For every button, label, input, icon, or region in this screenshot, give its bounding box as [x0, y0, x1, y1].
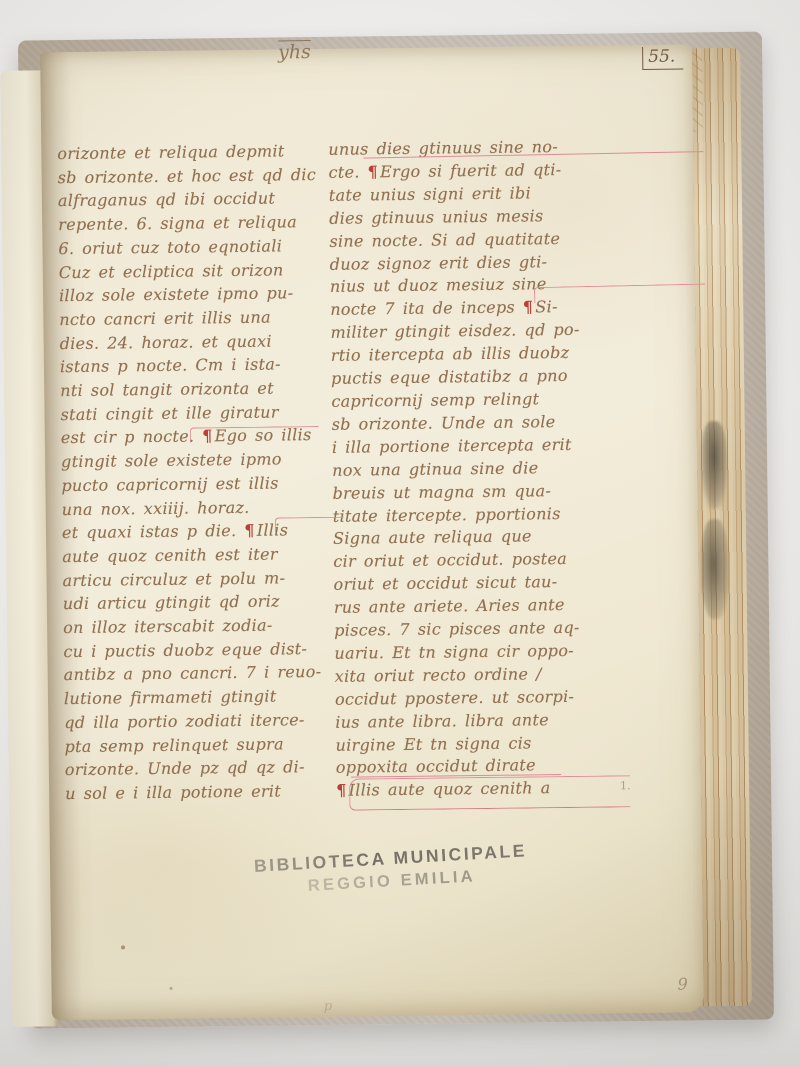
manuscript-text-line: capricornij semp relingt	[331, 388, 580, 414]
manuscript-text-line: uirgine Et tn signa cis	[335, 731, 584, 757]
manuscript-text-line: sb orizonte. et hoc est qd dic	[57, 163, 316, 190]
manuscript-text-line: oppoxita occidut dirate	[336, 754, 585, 780]
rubric-pilcrow: ¶	[336, 781, 347, 800]
manuscript-text-line: stati cingit et ille giratur	[60, 400, 319, 427]
manuscript-text-line: rtio itercepta ab illis duobz	[331, 342, 580, 368]
manuscript-text-line: alfraganus qd ibi occidut	[58, 186, 317, 213]
manuscript-text-line: qd illa portio zodiati iterce-	[64, 708, 323, 735]
library-stamp: BIBLIOTECA MUNICIPALE REGGIO EMILIA	[197, 837, 585, 902]
manuscript-text-line: dies. 24. horaz. et quaxi	[60, 329, 319, 356]
manuscript-text-line: i illa portione itercepta erit	[332, 434, 581, 460]
foxing-spot	[121, 945, 125, 949]
manuscript-text-line: cu i puctis duobz eque dist-	[63, 637, 322, 664]
manuscript-text-line: uariu. Et tn signa cir oppo-	[334, 640, 583, 666]
manuscript-text-line: oriut et occidut sicut tau-	[333, 571, 582, 597]
manuscript-text-line: gtingit sole existete ipmo	[61, 447, 320, 474]
bottom-faint-mark: p	[324, 999, 333, 1014]
folio-number: 55.	[642, 47, 683, 70]
manuscript-text-line: nox una gtinua sine die	[332, 456, 581, 482]
manuscript-text-line: titate itercepte. pportionis	[333, 502, 582, 528]
manuscript-text-line: est cir p nocte. ¶Ego so illis	[61, 423, 320, 450]
manuscript-text-line: u sol e i illa potione erit	[65, 779, 324, 806]
photo-backdrop: { "page": { "header_monogram": "yhs", "f…	[0, 0, 800, 1067]
manuscript-text-line: unus dies gtinuus sine no-	[328, 136, 577, 162]
manuscript-text-line: aute quoz cenith est iter	[62, 542, 321, 569]
manuscript-text-line: tate unius signi erit ibi	[329, 182, 578, 208]
manuscript-text-line: pisces. 7 sic pisces ante aq-	[334, 617, 583, 643]
manuscript-text-line: puctis eque distatibz a pno	[331, 365, 580, 391]
manuscript-text-line: Cuz et ecliptica sit orizon	[59, 258, 318, 285]
manuscript-text-line: cir oriut et occidut. postea	[333, 548, 582, 574]
rubric-pilcrow: ¶	[244, 521, 255, 540]
quire-mark: 9	[677, 975, 687, 994]
manuscript-text-line: nti sol tangit orizonta et	[60, 376, 319, 403]
manuscript-book: yhs 55. orizonte et reliqua depmitsb ori…	[0, 0, 800, 1067]
manuscript-text-line: breuis ut magna sm qua-	[332, 479, 581, 505]
manuscript-text-line: ius ante libra. libra ante	[335, 708, 584, 734]
manuscript-text-line: Signa aute reliqua que	[333, 525, 582, 551]
manuscript-text-line: antibz a pno cancri. 7 i reuo-	[64, 660, 323, 687]
rubric-pilcrow: ¶	[523, 298, 534, 317]
manuscript-text-line: orizonte. Unde pz qd qz di-	[65, 755, 324, 782]
manuscript-text-line: et quaxi istas p die. ¶Illis	[62, 518, 321, 545]
rubric-pilcrow: ¶	[367, 162, 378, 181]
manuscript-text-line: pta semp relinquet supra	[64, 732, 323, 759]
manuscript-text-line: militer gtingit eisdez. qd po-	[330, 319, 579, 345]
manuscript-text-line: lutione firmameti gtingit	[64, 684, 323, 711]
manuscript-text-line: sb orizonte. Unde an sole	[332, 411, 581, 437]
manuscript-text-line: illoz sole existete ipmo pu-	[59, 281, 318, 308]
header-monogram: yhs	[278, 41, 311, 63]
manuscript-text-line: occidut ppostere. ut scorpi-	[335, 686, 584, 712]
foxing-spot	[170, 987, 173, 990]
manuscript-text-line: una nox. xxiiij. horaz.	[62, 495, 321, 522]
manuscript-text-line: duoz signoz erit dies gti-	[330, 250, 579, 276]
manuscript-text-line: on illoz iterscabit zodia-	[63, 613, 322, 640]
rubric-pilcrow: ¶	[202, 427, 213, 446]
fore-edge-stain	[701, 421, 728, 509]
manuscript-text-line: sine nocte. Si ad quatitate	[329, 227, 578, 253]
manuscript-text-line: istans p nocte. Cm i ista-	[60, 352, 319, 379]
manuscript-text-line: cte. ¶Ergo si fuerit ad qti-	[328, 159, 577, 185]
manuscript-text-line: ncto cancri erit illis una	[59, 305, 318, 332]
manuscript-text-line: udi articu gtingit qd oriz	[63, 589, 322, 616]
manuscript-text-line: nius ut duoz mesiuz sine	[330, 273, 579, 299]
text-column-right: unus dies gtinuus sine no-cte. ¶Ergo si …	[328, 136, 585, 803]
manuscript-text-line: rus ante ariete. Aries ante	[334, 594, 583, 620]
fore-edge-stain	[701, 519, 729, 619]
margin-mark: 1.	[620, 779, 631, 792]
manuscript-page: yhs 55. orizonte et reliqua depmitsb ori…	[40, 44, 704, 1020]
manuscript-text-line: articu circuluz et polu m-	[62, 566, 321, 593]
manuscript-text-line: pucto capricornij est illis	[61, 471, 320, 498]
manuscript-text-line: ¶Illis aute quoz cenith a	[336, 777, 585, 803]
manuscript-text-line: dies gtinuus unius mesis	[329, 205, 578, 231]
text-column-left: orizonte et reliqua depmitsb orizonte. e…	[57, 139, 324, 806]
manuscript-text-line: 6. oriut cuz toto eqnotiali	[58, 234, 317, 261]
manuscript-text-line: repente. 6. signa et reliqua	[58, 210, 317, 237]
manuscript-text-line: orizonte et reliqua depmit	[57, 139, 316, 166]
manuscript-text-line: xita oriut recto ordine /	[335, 663, 584, 689]
manuscript-text-line: nocte 7 ita de inceps ¶Si-	[330, 296, 579, 322]
